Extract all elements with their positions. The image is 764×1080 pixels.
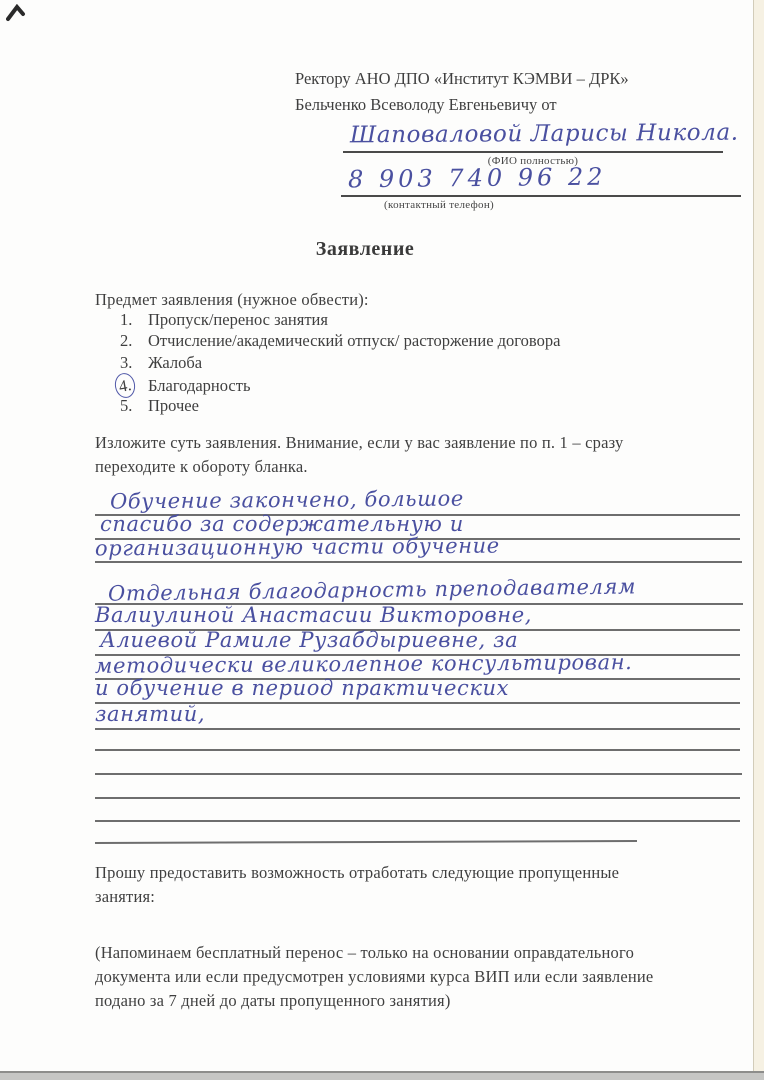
recipient-line2: Бельченко Всеволоду Евгеньевичу от (295, 92, 629, 118)
note-line1: (Напоминаем бесплатный перенос – только … (95, 941, 634, 965)
subject-item-3: 3.Жалоба (120, 352, 202, 374)
handwritten-text-row: и обучение в период практических (95, 676, 509, 700)
ruled-line (95, 561, 742, 563)
item-label: Прочее (148, 396, 199, 415)
recipient-block: Ректору АНО ДПО «Институт КЭМВИ – ДРК» Б… (295, 66, 629, 118)
applicant-name-handwritten: Шаповаловой Ларисы Никола. (350, 120, 739, 149)
handwritten-text-row: Валиулиной Анастасии Викторовне, (95, 603, 532, 627)
item-number: 5. (120, 395, 148, 417)
ruled-line (95, 820, 740, 822)
item-number: 3. (120, 352, 148, 374)
subject-item-1: 1.Пропуск/перенос занятия (120, 309, 328, 331)
handwritten-text-row: организационную части обучение (95, 534, 500, 561)
instruction-line1: Изложите суть заявления. Внимание, если … (95, 431, 623, 455)
note-line2: документа или если предусмотрен условиям… (95, 965, 653, 989)
handwritten-text-row: методически великолепное консультирован. (95, 650, 633, 678)
phone-handwritten: 8 903 740 96 22 (348, 163, 607, 194)
item-number: 1. (120, 309, 148, 331)
subject-item-2: 2.Отчисление/академический отпуск/ расто… (120, 330, 560, 352)
handwritten-text-row: Алиевой Рамиле Рузабдыриевне, за (100, 628, 518, 652)
ruled-line (95, 728, 740, 730)
scan-edge-right (753, 0, 764, 1073)
note-line3: подано за 7 дней до даты пропущенного за… (95, 989, 451, 1013)
ruled-line (95, 749, 740, 751)
item-label: Пропуск/перенос занятия (148, 310, 328, 329)
form-title: Заявление (85, 238, 645, 261)
handwritten-text-row: спасибо за содержательную и (100, 512, 464, 536)
subject-item-5: 5.Прочее (120, 395, 199, 417)
request-line1: Прошу предоставить возможность отработат… (95, 861, 619, 885)
recipient-line1: Ректору АНО ДПО «Институт КЭМВИ – ДРК» (295, 66, 629, 92)
item-label: Отчисление/академический отпуск/ расторж… (148, 331, 560, 350)
ruled-line (95, 773, 742, 775)
ruled-line (95, 797, 740, 799)
handwritten-text-row: Отдельная благодарность преподавателям (108, 574, 636, 605)
item-label: Жалоба (148, 353, 202, 372)
name-underline (343, 151, 723, 153)
item-label: Благодарность (148, 376, 250, 395)
application-form-scan: Ректору АНО ДПО «Институт КЭМВИ – ДРК» Б… (0, 0, 764, 1080)
item-number: 2. (120, 330, 148, 352)
handwritten-text-row: Обучение закончено, большое (110, 486, 464, 513)
phone-underline (341, 195, 741, 197)
instruction-line2: переходите к обороту бланка. (95, 455, 308, 479)
ruled-line (95, 840, 637, 844)
scan-edge-bottom (0, 1071, 764, 1080)
handwritten-text-row: занятий, (95, 702, 205, 726)
scan-artifact-mark (6, 4, 28, 22)
phone-field-label: (контактный телефон) (341, 199, 537, 211)
request-line2: занятия: (95, 885, 155, 909)
